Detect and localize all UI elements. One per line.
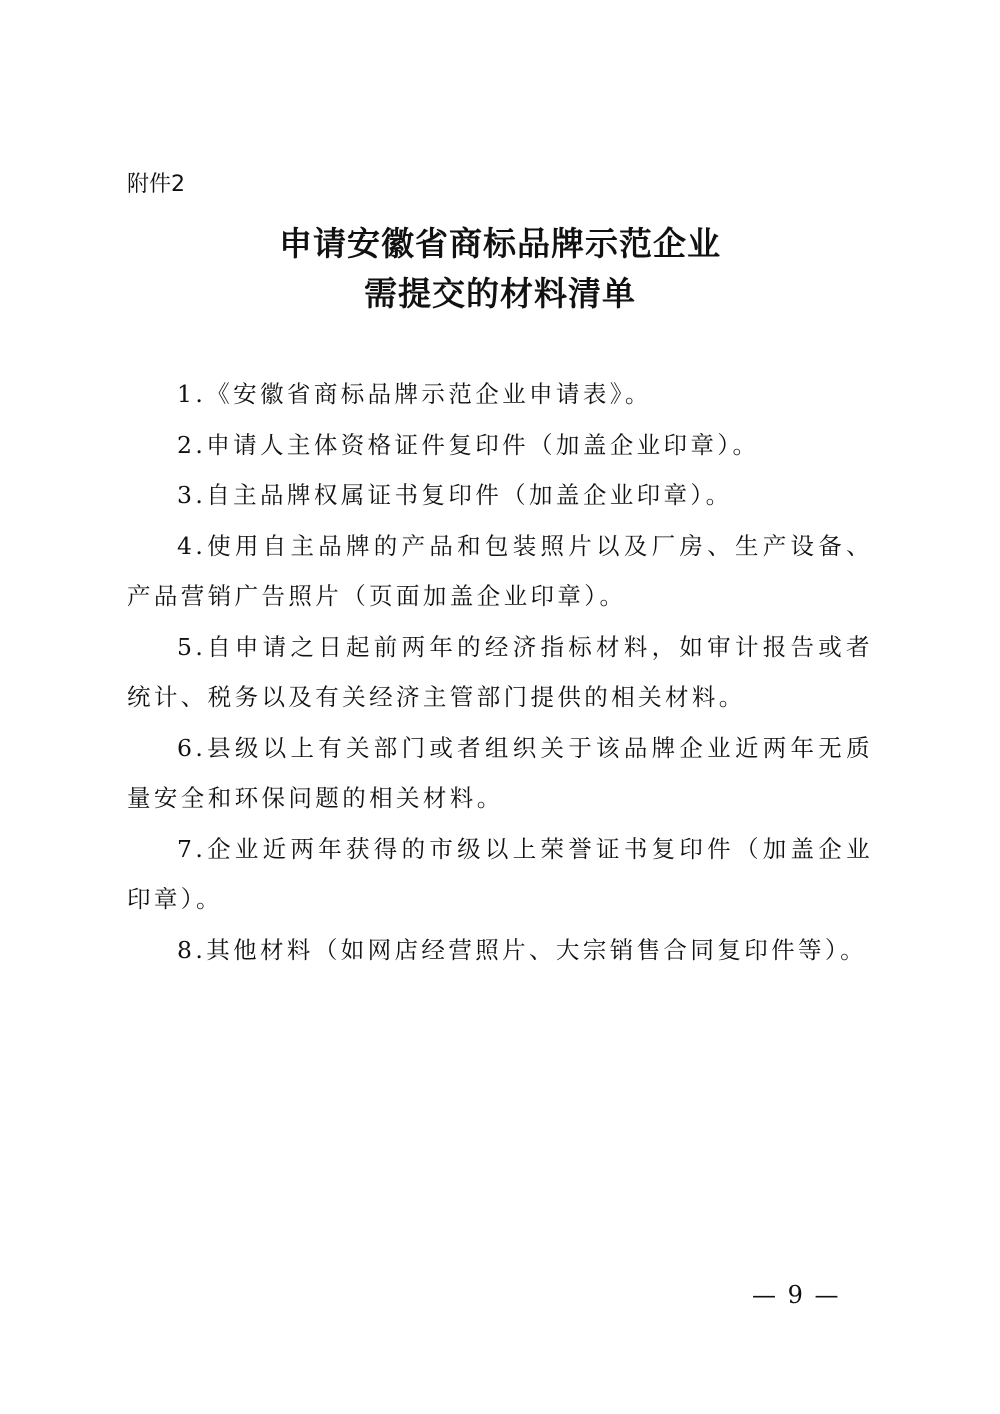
document-title-line-1: 申请安徽省商标品牌示范企业 bbox=[0, 218, 1000, 265]
list-item: 2.申请人主体资格证件复印件（加盖企业印章）。 bbox=[127, 420, 873, 471]
document-title-line-2: 需提交的材料清单 bbox=[0, 268, 1000, 315]
list-item: 5.自申请之日起前两年的经济指标材料，如审计报告或者统计、税务以及有关经济主管部… bbox=[127, 622, 873, 723]
list-item: 1.《安徽省商标品牌示范企业申请表》。 bbox=[127, 369, 873, 420]
attachment-label: 附件2 bbox=[127, 170, 185, 200]
list-item: 3.自主品牌权属证书复印件（加盖企业印章）。 bbox=[127, 470, 873, 521]
list-item: 8.其他材料（如网店经营照片、大宗销售合同复印件等）。 bbox=[127, 925, 873, 976]
page-number: — 9 — bbox=[752, 1278, 841, 1312]
materials-list: 1.《安徽省商标品牌示范企业申请表》。 2.申请人主体资格证件复印件（加盖企业印… bbox=[127, 369, 873, 975]
list-item: 4.使用自主品牌的产品和包装照片以及厂房、生产设备、产品营销广告照片（页面加盖企… bbox=[127, 521, 873, 622]
list-item: 7.企业近两年获得的市级以上荣誉证书复印件（加盖企业印章）。 bbox=[127, 824, 873, 925]
list-item: 6.县级以上有关部门或者组织关于该品牌企业近两年无质量安全和环保问题的相关材料。 bbox=[127, 723, 873, 824]
